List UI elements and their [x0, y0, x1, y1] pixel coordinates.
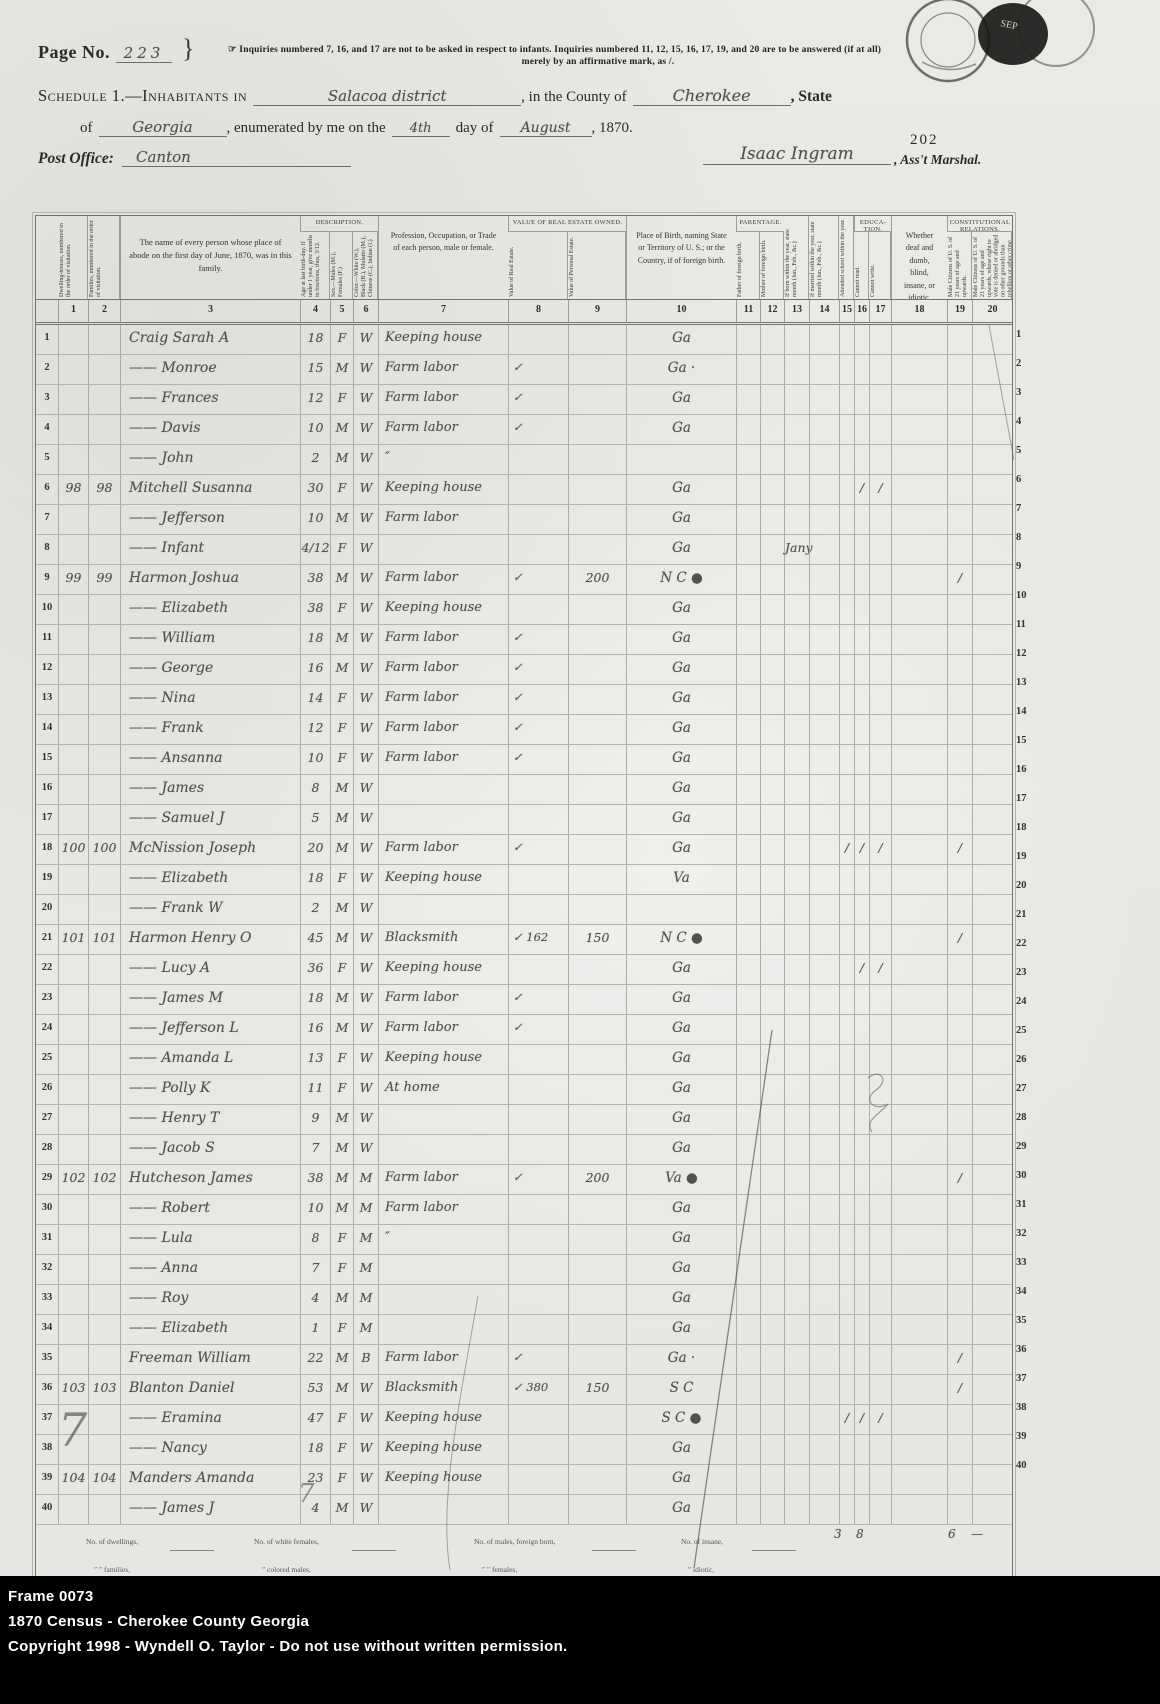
cell-male-citizen: [947, 955, 972, 984]
cell-cannot-read: [854, 1105, 869, 1134]
row-number-left: 6: [36, 475, 58, 504]
cell-born-month: [784, 1135, 809, 1164]
summary-mark-20: —: [971, 1527, 983, 1541]
cell-male-citizen: [947, 985, 972, 1014]
table-row: 10 —— Elizabeth 38 F W Keeping house Ga: [36, 595, 1012, 625]
table-row: 3 —— Frances 12 F W Farm labor ✓ Ga: [36, 385, 1012, 415]
cell-school: [839, 1015, 854, 1044]
cell-deaf-dumb: [891, 805, 947, 834]
row-number-right: 30: [1016, 1163, 1038, 1192]
cell-school: /: [839, 835, 854, 864]
cell-school: /: [839, 1405, 854, 1434]
copyright-notice: Copyright 1998 - Wyndell O. Taylor - Do …: [0, 1634, 1160, 1659]
cell-age: 53: [300, 1375, 330, 1404]
cell-cannot-read: /: [854, 475, 869, 504]
row-number-right: 3: [1016, 380, 1038, 409]
col-header-male-citizens-denied: Male Citizens of U. S. of 21 years of ag…: [972, 232, 1012, 299]
cell-sex: M: [330, 415, 353, 444]
cell-real-estate: ✓: [508, 715, 568, 744]
cell-name: —— Ansanna: [120, 745, 300, 774]
cell-mother-foreign: [760, 415, 784, 444]
row-number-left: 35: [36, 1345, 58, 1374]
cell-deaf-dumb: [891, 895, 947, 924]
cell-father-foreign: [736, 1135, 760, 1164]
cell-school: [839, 775, 854, 804]
cell-age: 7: [300, 1135, 330, 1164]
cell-father-foreign: [736, 1465, 760, 1494]
cell-color: W: [353, 445, 378, 474]
frame-number: Frame 0073: [0, 1576, 1160, 1609]
county-entry: Cherokee: [633, 86, 791, 106]
cell-name: —— Elizabeth: [120, 595, 300, 624]
cell-cannot-read: [854, 535, 869, 564]
row-number-left: 23: [36, 985, 58, 1014]
cell-sex: F: [330, 685, 353, 714]
cell-married-month: [809, 1495, 839, 1524]
cell-name: —— Roy: [120, 1285, 300, 1314]
table-row: 37 —— Eramina 47 F W Keeping house S C ●…: [36, 1405, 1012, 1435]
cell-dwelling-no: 103: [58, 1375, 88, 1404]
cell-personal-estate: [568, 595, 626, 624]
cell-mother-foreign: [760, 355, 784, 384]
cell-name: —— Frank: [120, 715, 300, 744]
row-number-right: 25: [1016, 1018, 1038, 1047]
cell-age: 22: [300, 1345, 330, 1374]
cell-family-no: [88, 1405, 120, 1434]
cell-deaf-dumb: [891, 955, 947, 984]
cell-birthplace: Ga: [626, 1105, 736, 1134]
cell-sex: M: [330, 625, 353, 654]
cell-age: 8: [300, 775, 330, 804]
cell-cannot-write: [869, 625, 891, 654]
cell-real-estate: ✓: [508, 745, 568, 774]
cell-real-estate: ✓: [508, 1165, 568, 1194]
cell-occupation: Farm labor: [378, 715, 508, 744]
column-number: 15: [839, 300, 854, 322]
cell-occupation: Farm labor: [378, 565, 508, 594]
cell-cannot-read: /: [854, 1405, 869, 1434]
table-row: 33 —— Roy 4 M M Ga: [36, 1285, 1012, 1315]
cell-age: 4: [300, 1495, 330, 1524]
cell-personal-estate: [568, 985, 626, 1014]
cell-mother-foreign: [760, 1465, 784, 1494]
cell-dwelling-no: [58, 535, 88, 564]
cell-school: [839, 1225, 854, 1254]
row-number-right: 28: [1016, 1105, 1038, 1134]
cell-age: 38: [300, 1165, 330, 1194]
cell-real-estate: [508, 595, 568, 624]
cell-deaf-dumb: [891, 1255, 947, 1284]
table-row: 2 —— Monroe 15 M W Farm labor ✓ Ga ·: [36, 355, 1012, 385]
cell-school: [839, 1195, 854, 1224]
cell-cannot-write: [869, 1135, 891, 1164]
cell-citizen-denied: [972, 805, 1012, 834]
cell-cannot-write: [869, 505, 891, 534]
cell-deaf-dumb: [891, 715, 947, 744]
cell-father-foreign: [736, 1495, 760, 1524]
cell-citizen-denied: [972, 1195, 1012, 1224]
cell-married-month: [809, 835, 839, 864]
cell-deaf-dumb: [891, 1345, 947, 1374]
cell-personal-estate: [568, 1345, 626, 1374]
cell-personal-estate: [568, 1285, 626, 1314]
row-number-right: 27: [1016, 1076, 1038, 1105]
cell-father-foreign: [736, 415, 760, 444]
cell-mother-foreign: [760, 1195, 784, 1224]
cell-real-estate: ✓: [508, 1015, 568, 1044]
cell-mother-foreign: [760, 385, 784, 414]
cell-school: [839, 595, 854, 624]
cell-cannot-write: [869, 1345, 891, 1374]
cell-father-foreign: [736, 1105, 760, 1134]
cell-dwelling-no: [58, 1315, 88, 1344]
cell-occupation: Farm labor: [378, 655, 508, 684]
cell-school: [839, 685, 854, 714]
cell-real-estate: ✓: [508, 655, 568, 684]
cell-deaf-dumb: [891, 1315, 947, 1344]
cell-dwelling-no: [58, 1135, 88, 1164]
row-number-left: 13: [36, 685, 58, 714]
cell-color: W: [353, 1405, 378, 1434]
cell-age: 12: [300, 385, 330, 414]
cell-school: [839, 655, 854, 684]
cell-deaf-dumb: [891, 1135, 947, 1164]
cell-personal-estate: [568, 1195, 626, 1224]
cell-name: Mitchell Susanna: [120, 475, 300, 504]
cell-deaf-dumb: [891, 1165, 947, 1194]
cell-color: W: [353, 895, 378, 924]
table-row: 13 —— Nina 14 F W Farm labor ✓ Ga: [36, 685, 1012, 715]
cell-father-foreign: [736, 1435, 760, 1464]
cell-deaf-dumb: [891, 505, 947, 534]
cell-color: W: [353, 1465, 378, 1494]
cell-male-citizen: [947, 355, 972, 384]
cell-father-foreign: [736, 535, 760, 564]
cell-occupation: [378, 1495, 508, 1524]
cell-sex: M: [330, 445, 353, 474]
cell-family-no: [88, 1075, 120, 1104]
cell-cannot-read: [854, 595, 869, 624]
cell-name: —— Frances: [120, 385, 300, 414]
summary-label: ″ ″ females,: [482, 1565, 517, 1574]
cell-mother-foreign: [760, 655, 784, 684]
cell-cannot-read: [854, 1495, 869, 1524]
row-number-right: 29: [1016, 1134, 1038, 1163]
cell-school: [839, 955, 854, 984]
cell-family-no: [88, 955, 120, 984]
cell-age: 2: [300, 445, 330, 474]
cell-occupation: ″: [378, 1225, 508, 1254]
cell-occupation: Farm labor: [378, 625, 508, 654]
cell-age: 16: [300, 1015, 330, 1044]
cell-deaf-dumb: [891, 925, 947, 954]
cell-sex: M: [330, 925, 353, 954]
cell-father-foreign: [736, 895, 760, 924]
group-header-constitutional: CONSTITUTIONAL RELATIONS.: [947, 216, 1012, 232]
group-header-parentage: PARENTAGE.: [736, 216, 784, 232]
cell-father-foreign: [736, 1015, 760, 1044]
cell-occupation: [378, 775, 508, 804]
cell-personal-estate: [568, 895, 626, 924]
cell-cannot-write: [869, 1465, 891, 1494]
cell-name: McNission Joseph: [120, 835, 300, 864]
cell-born-month: [784, 1015, 809, 1044]
cell-real-estate: ✓: [508, 415, 568, 444]
cell-citizen-denied: [972, 685, 1012, 714]
cell-personal-estate: [568, 1015, 626, 1044]
cell-born-month: [784, 1195, 809, 1224]
scanned-census-page: Page No. 223 } ☞ Inquiries numbered 7, 1…: [0, 0, 1160, 1704]
cell-school: [839, 535, 854, 564]
row-number-left: 5: [36, 445, 58, 474]
cell-married-month: [809, 1045, 839, 1074]
cell-mother-foreign: [760, 505, 784, 534]
row-number-right: 5: [1016, 438, 1038, 467]
cell-school: [839, 445, 854, 474]
table-row: 40 —— James J 4 M W Ga: [36, 1495, 1012, 1525]
cell-birthplace: S C: [626, 1375, 736, 1404]
of-label: of: [80, 120, 93, 137]
cell-name: —— Infant: [120, 535, 300, 564]
cell-dwelling-no: 99: [58, 565, 88, 594]
cell-sex: M: [330, 1195, 353, 1224]
cell-mother-foreign: [760, 1405, 784, 1434]
cell-color: W: [353, 685, 378, 714]
cell-citizen-denied: [972, 1495, 1012, 1524]
cell-cannot-write: [869, 775, 891, 804]
row-number-left: 3: [36, 385, 58, 414]
row-number-left: 16: [36, 775, 58, 804]
table-row: 29 102 102 Hutcheson James 38 M M Farm l…: [36, 1165, 1012, 1195]
cell-male-citizen: [947, 745, 972, 774]
cell-cannot-read: [854, 775, 869, 804]
cell-dwelling-no: [58, 445, 88, 474]
cell-dwelling-no: [58, 385, 88, 414]
col-header-personal-estate: Value of Personal Estate.: [568, 232, 626, 299]
cell-family-no: 103: [88, 1375, 120, 1404]
cell-birthplace: [626, 895, 736, 924]
cell-cannot-read: /: [854, 835, 869, 864]
cell-color: M: [353, 1165, 378, 1194]
cell-male-citizen: [947, 1225, 972, 1254]
cell-personal-estate: [568, 475, 626, 504]
summary-label: ″ colored males,: [262, 1565, 311, 1574]
cell-name: —— Jefferson: [120, 505, 300, 534]
table-row: 9 99 99 Harmon Joshua 38 M W Farm labor …: [36, 565, 1012, 595]
cell-occupation: Blacksmith: [378, 925, 508, 954]
cell-dwelling-no: [58, 505, 88, 534]
cell-age: 11: [300, 1075, 330, 1104]
cell-dwelling-no: [58, 1405, 88, 1434]
cell-family-no: [88, 385, 120, 414]
cell-color: W: [353, 385, 378, 414]
row-number-left: 10: [36, 595, 58, 624]
cell-family-no: 104: [88, 1465, 120, 1494]
cell-cannot-read: [854, 1255, 869, 1284]
cell-name: —— Jacob S: [120, 1135, 300, 1164]
cell-father-foreign: [736, 445, 760, 474]
cell-family-no: [88, 805, 120, 834]
cell-cannot-read: [854, 1375, 869, 1404]
cell-family-no: [88, 1255, 120, 1284]
row-number-left: 38: [36, 1435, 58, 1464]
cell-dwelling-no: [58, 895, 88, 924]
cell-deaf-dumb: [891, 1195, 947, 1224]
cell-name: —— Samuel J: [120, 805, 300, 834]
cell-cannot-write: [869, 745, 891, 774]
post-office-entry: Canton: [122, 148, 351, 167]
cell-cannot-write: [869, 865, 891, 894]
cell-mother-foreign: [760, 715, 784, 744]
cell-father-foreign: [736, 355, 760, 384]
cell-age: 38: [300, 565, 330, 594]
cell-birthplace: Ga: [626, 325, 736, 354]
cell-male-citizen: [947, 1285, 972, 1314]
cell-personal-estate: [568, 685, 626, 714]
cell-birthplace: Ga: [626, 715, 736, 744]
summary-label: No. of insane,: [681, 1537, 723, 1546]
cell-color: W: [353, 505, 378, 534]
cell-born-month: [784, 1255, 809, 1284]
cell-color: W: [353, 475, 378, 504]
cell-dwelling-no: [58, 985, 88, 1014]
cell-personal-estate: [568, 1045, 626, 1074]
cell-father-foreign: [736, 655, 760, 684]
cell-father-foreign: [736, 1075, 760, 1104]
cell-deaf-dumb: [891, 625, 947, 654]
cell-mother-foreign: [760, 1375, 784, 1404]
summary-blank: [592, 1543, 636, 1551]
cell-birthplace: Ga: [626, 1075, 736, 1104]
cell-cannot-read: [854, 1345, 869, 1374]
cell-father-foreign: [736, 1195, 760, 1224]
marshal-number: 202: [910, 132, 939, 149]
summary-label: No. of males, foreign born,: [474, 1537, 555, 1546]
row-number-right: 14: [1016, 699, 1038, 728]
cell-citizen-denied: [972, 1225, 1012, 1254]
cell-mother-foreign: [760, 1255, 784, 1284]
cell-dwelling-no: [58, 355, 88, 384]
cell-deaf-dumb: [891, 685, 947, 714]
cell-occupation: Farm labor: [378, 985, 508, 1014]
row-number-left: 1: [36, 325, 58, 354]
cell-school: [839, 475, 854, 504]
cell-name: —— Nina: [120, 685, 300, 714]
cell-birthplace: Ga: [626, 1435, 736, 1464]
cell-mother-foreign: [760, 1435, 784, 1464]
cell-male-citizen: [947, 535, 972, 564]
cell-real-estate: [508, 325, 568, 354]
cell-male-citizen: [947, 685, 972, 714]
cell-name: —— George: [120, 655, 300, 684]
table-row: 26 —— Polly K 11 F W At home Ga: [36, 1075, 1012, 1105]
cell-age: 10: [300, 1195, 330, 1224]
table-row: 5 —— John 2 M W ″: [36, 445, 1012, 475]
cell-occupation: [378, 1135, 508, 1164]
cell-mother-foreign: [760, 625, 784, 654]
cell-cannot-read: [854, 445, 869, 474]
cell-dwelling-no: [58, 1015, 88, 1044]
cell-name: —— Elizabeth: [120, 865, 300, 894]
cell-school: [839, 325, 854, 354]
cell-father-foreign: [736, 325, 760, 354]
instructions-line2: merely by an affirmative mark, as /.: [228, 56, 968, 68]
row-number-right: 22: [1016, 931, 1038, 960]
cell-sex: M: [330, 805, 353, 834]
cell-mother-foreign: [760, 535, 784, 564]
row-number-right: 24: [1016, 989, 1038, 1018]
cell-real-estate: [508, 865, 568, 894]
cell-male-citizen: [947, 805, 972, 834]
cell-age: 36: [300, 955, 330, 984]
cell-citizen-denied: [972, 475, 1012, 504]
cell-born-month: [784, 1105, 809, 1134]
col-header-birthplace: Place of Birth, naming State or Territor…: [626, 216, 736, 299]
cell-citizen-denied: [972, 1045, 1012, 1074]
col-header-sex: Sex.—Males (M.), Females (F.): [330, 232, 353, 299]
cell-deaf-dumb: [891, 1075, 947, 1104]
cell-cannot-read: [854, 1045, 869, 1074]
cell-family-no: [88, 1225, 120, 1254]
cell-born-month: [784, 895, 809, 924]
cell-cannot-read: [854, 505, 869, 534]
cell-male-citizen: [947, 445, 972, 474]
cell-name: —— Anna: [120, 1255, 300, 1284]
cell-cannot-read: [854, 325, 869, 354]
cell-age: 18: [300, 865, 330, 894]
cell-married-month: [809, 1075, 839, 1104]
row-number-left: 18: [36, 835, 58, 864]
cell-age: 1: [300, 1315, 330, 1344]
cell-mother-foreign: [760, 985, 784, 1014]
cell-birthplace: Ga: [626, 1285, 736, 1314]
cell-married-month: [809, 745, 839, 774]
row-number-right: 37: [1016, 1366, 1038, 1395]
cell-name: —— Elizabeth: [120, 1315, 300, 1344]
cell-birthplace: Ga: [626, 835, 736, 864]
cell-family-no: [88, 655, 120, 684]
cell-mother-foreign: [760, 1135, 784, 1164]
table-row: 17 —— Samuel J 5 M W Ga: [36, 805, 1012, 835]
cell-real-estate: [508, 895, 568, 924]
cell-cannot-read: [854, 1195, 869, 1224]
table-row: 31 —— Lula 8 F M ″ Ga: [36, 1225, 1012, 1255]
cell-married-month: [809, 1195, 839, 1224]
cell-personal-estate: [568, 505, 626, 534]
cell-father-foreign: [736, 745, 760, 774]
row-number-left: 33: [36, 1285, 58, 1314]
row-number-left: 32: [36, 1255, 58, 1284]
cell-occupation: Farm labor: [378, 1165, 508, 1194]
cell-male-citizen: [947, 1045, 972, 1074]
cell-name: —— Davis: [120, 415, 300, 444]
cell-school: [839, 1435, 854, 1464]
cell-cannot-write: [869, 685, 891, 714]
row-number-right: 35: [1016, 1308, 1038, 1337]
cell-citizen-denied: [972, 535, 1012, 564]
cell-sex: F: [330, 1045, 353, 1074]
cell-age: 18: [300, 1435, 330, 1464]
row-number-left: 29: [36, 1165, 58, 1194]
row-number-left: 25: [36, 1045, 58, 1074]
cell-male-citizen: [947, 1135, 972, 1164]
cell-mother-foreign: [760, 1045, 784, 1074]
cell-personal-estate: [568, 835, 626, 864]
cell-occupation: Keeping house: [378, 865, 508, 894]
cell-mother-foreign: [760, 475, 784, 504]
cell-personal-estate: 150: [568, 1375, 626, 1404]
cell-cannot-read: [854, 1465, 869, 1494]
